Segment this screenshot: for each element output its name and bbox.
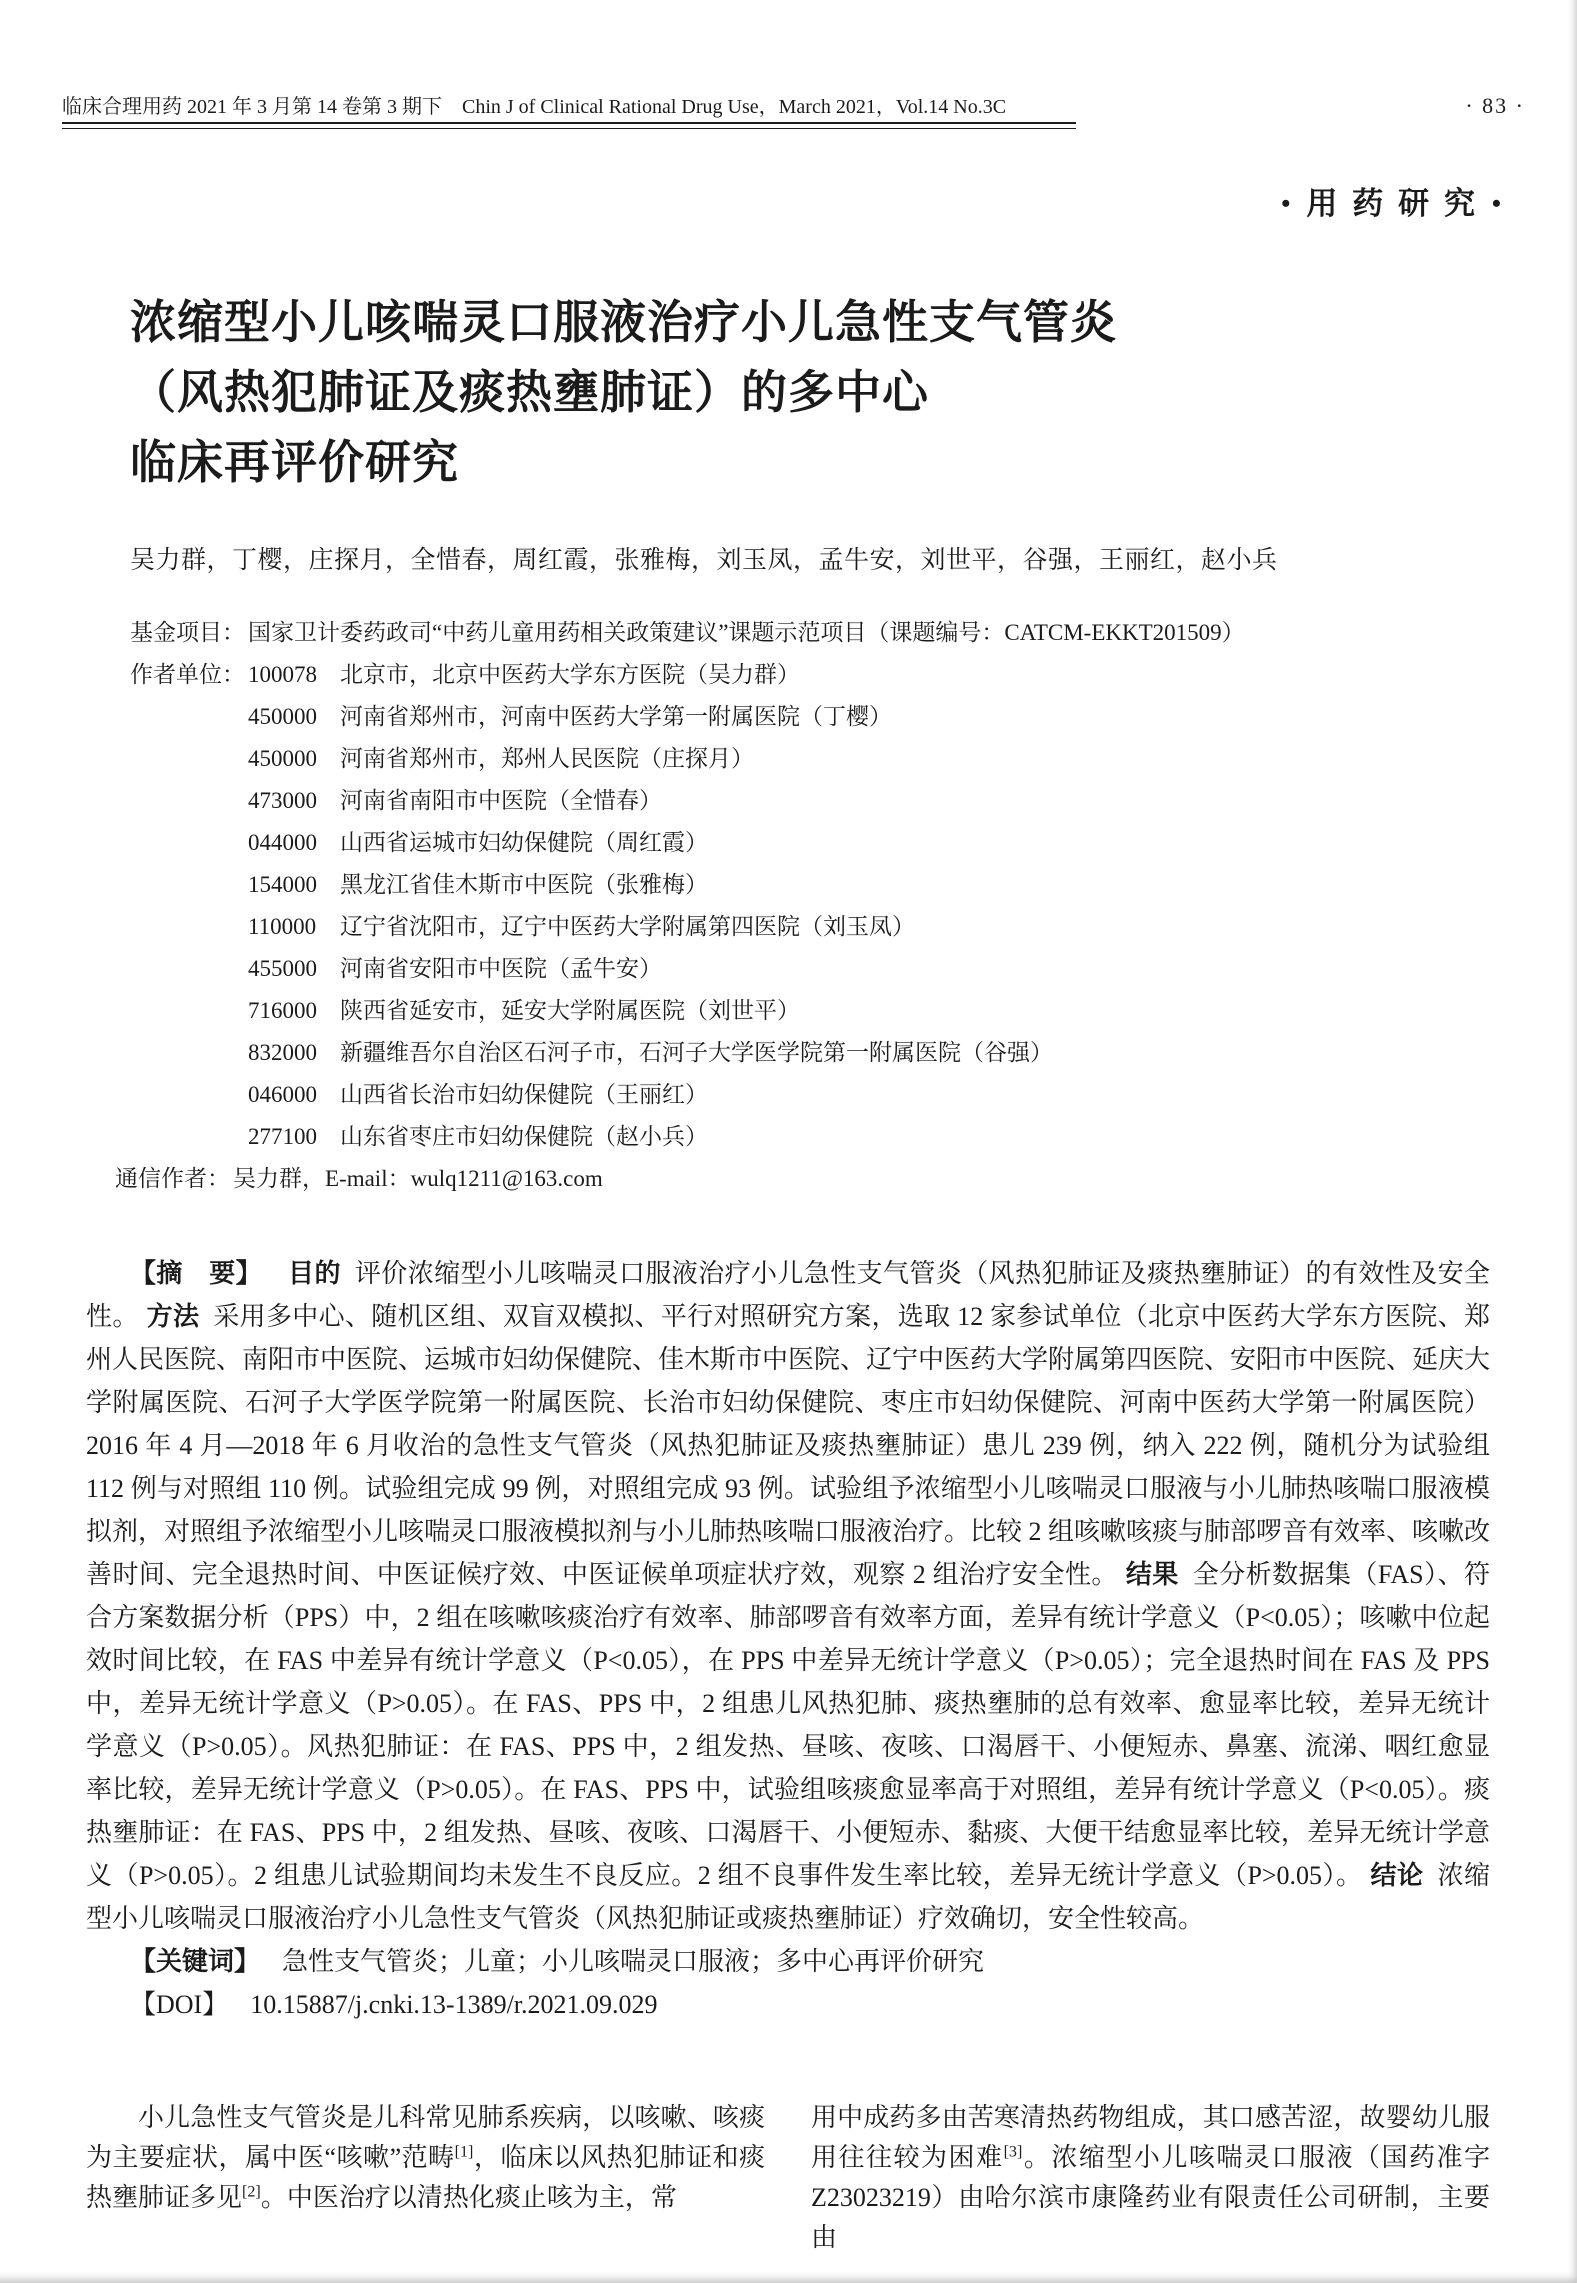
author-list: 吴力群，丁樱，庄探月，全惜春，周红霞，张雅梅，刘玉凤，孟牛安，刘世平，谷强，王丽…: [130, 540, 1487, 576]
running-head: 临床合理用药 2021 年 3 月第 14 卷第 3 期下 Chin J of …: [62, 90, 1525, 119]
page-number: · 83 ·: [1465, 93, 1525, 119]
abstract-block: 【摘 要】目的评价浓缩型小儿咳喘灵口服液治疗小儿急性支气管炎（风热犯肺证及痰热壅…: [86, 1252, 1490, 2026]
affiliation-row: 作者单位： 100078 北京市，北京中医药大学东方医院（吴力群）: [130, 654, 1489, 696]
bullet-icon: •: [1281, 189, 1290, 218]
body-paragraph: 用中成药多由苦寒清热药物组成，其口感苦涩，故婴幼儿服用往往较为困难[3]。浓缩型…: [811, 2098, 1490, 2258]
title-line: 临床再评价研究: [130, 428, 1457, 498]
keywords-line: 【关键词】急性支气管炎；儿童；小儿咳喘灵口服液；多中心再评价研究: [86, 1940, 1490, 1983]
postal-code: 473000: [248, 780, 340, 822]
abstract-text-methods: 采用多中心、随机区组、双盲双模拟、平行对照研究方案，选取 12 家参试单位（北京…: [86, 1302, 1490, 1589]
article-title: 浓缩型小儿咳喘灵口服液治疗小儿急性支气管炎 （风热犯肺证及痰热壅肺证）的多中心 …: [130, 288, 1457, 498]
abstract-heading-results: 结果: [1126, 1560, 1179, 1589]
affiliation-row: 716000 陕西省延安市，延安大学附属医院（刘世平）: [130, 990, 1489, 1032]
doi-label: 【DOI】: [130, 1990, 228, 2019]
affiliation-name: 辽宁省沈阳市，辽宁中医药大学附属第四医院（刘玉凤）: [340, 906, 915, 948]
affiliation-label: 作者单位：: [130, 654, 248, 696]
affiliation-name: 北京市，北京中医药大学东方医院（吴力群）: [340, 654, 800, 696]
reference-marker: [2]: [242, 2183, 261, 2200]
affiliation-row: 154000 黑龙江省佳木斯市中医院（张雅梅）: [130, 864, 1489, 906]
affiliation-row: 473000 河南省南阳市中医院（全惜春）: [130, 780, 1489, 822]
left-column: 小儿急性支气管炎是儿科常见肺系疾病，以咳嗽、咳痰为主要症状，属中医“咳嗽”范畴[…: [86, 2098, 765, 2258]
abstract-heading-methods: 方法: [147, 1302, 200, 1331]
postal-code: 044000: [248, 822, 340, 864]
body-text: 。中医治疗以清热化痰止咳为主，常: [261, 2183, 677, 2212]
postal-code: 450000: [248, 738, 340, 780]
affiliation-row: 110000 辽宁省沈阳市，辽宁中医药大学附属第四医院（刘玉凤）: [130, 906, 1489, 948]
abstract-heading-conclusion: 结论: [1371, 1861, 1424, 1890]
corresponding-author-row: 通信作者： 吴力群，E-mail：wulq1211@163.com: [115, 1158, 1489, 1200]
postal-code: 100078: [248, 654, 340, 696]
reference-marker: [1]: [455, 2143, 474, 2160]
body-paragraph: 小儿急性支气管炎是儿科常见肺系疾病，以咳嗽、咳痰为主要症状，属中医“咳嗽”范畴[…: [86, 2098, 765, 2218]
funding-label: 基金项目：: [130, 612, 248, 654]
keywords-text: 急性支气管炎；儿童；小儿咳喘灵口服液；多中心再评价研究: [282, 1947, 984, 1976]
body-columns: 小儿急性支气管炎是儿科常见肺系疾病，以咳嗽、咳痰为主要症状，属中医“咳嗽”范畴[…: [86, 2098, 1490, 2258]
affiliation-row: 046000 山西省长治市妇幼保健院（王丽红）: [130, 1074, 1489, 1116]
postal-code: 450000: [248, 696, 340, 738]
doi-line: 【DOI】10.15887/j.cnki.13-1389/r.2021.09.0…: [86, 1983, 1490, 2026]
funding-row: 基金项目： 国家卫计委药政司“中药儿童用药相关政策建议”课题示范项目（课题编号：…: [130, 612, 1489, 654]
affiliation-row: 455000 河南省安阳市中医院（孟牛安）: [130, 948, 1489, 990]
postal-code: 110000: [248, 906, 340, 948]
journal-info: 临床合理用药 2021 年 3 月第 14 卷第 3 期下 Chin J of …: [62, 90, 1006, 119]
doi-text: 10.15887/j.cnki.13-1389/r.2021.09.029: [250, 1990, 657, 2019]
keywords-label: 【关键词】: [130, 1947, 260, 1976]
affiliation-row: 450000 河南省郑州市，郑州人民医院（庄探月）: [130, 738, 1489, 780]
postal-code: 154000: [248, 864, 340, 906]
affiliation-name: 山东省枣庄市妇幼保健院（赵小兵）: [340, 1116, 708, 1158]
postal-code: 716000: [248, 990, 340, 1032]
postal-code: 455000: [248, 948, 340, 990]
affiliation-name: 新疆维吾尔自治区石河子市，石河子大学医学院第一附属医院（谷强）: [340, 1032, 1053, 1074]
bullet-icon: •: [1492, 189, 1501, 218]
affiliation-name: 陕西省延安市，延安大学附属医院（刘世平）: [340, 990, 800, 1032]
reference-marker: [3]: [1004, 2143, 1023, 2160]
postal-code: 832000: [248, 1032, 340, 1074]
affiliation-name: 河南省南阳市中医院（全惜春）: [340, 780, 662, 822]
affiliation-row: 450000 河南省郑州市，河南中医药大学第一附属医院（丁樱）: [130, 696, 1489, 738]
funding-text: 国家卫计委药政司“中药儿童用药相关政策建议”课题示范项目（课题编号：CATCM-…: [248, 612, 1245, 654]
article-meta: 基金项目： 国家卫计委药政司“中药儿童用药相关政策建议”课题示范项目（课题编号：…: [130, 612, 1489, 1200]
abstract-paragraph: 【摘 要】目的评价浓缩型小儿咳喘灵口服液治疗小儿急性支气管炎（风热犯肺证及痰热壅…: [86, 1252, 1490, 1940]
corresponding-label: 通信作者：: [115, 1158, 233, 1200]
abstract-heading-objective: 目的: [288, 1259, 341, 1288]
affiliation-row: 277100 山东省枣庄市妇幼保健院（赵小兵）: [130, 1116, 1489, 1158]
affiliation-name: 山西省长治市妇幼保健院（王丽红）: [340, 1074, 708, 1116]
affiliation-name: 河南省安阳市中医院（孟牛安）: [340, 948, 662, 990]
affiliation-row: 044000 山西省运城市妇幼保健院（周红霞）: [130, 822, 1489, 864]
affiliation-name: 黑龙江省佳木斯市中医院（张雅梅）: [340, 864, 708, 906]
affiliation-name: 河南省郑州市，河南中医药大学第一附属医院（丁樱）: [340, 696, 892, 738]
affiliation-name: 山西省运城市妇幼保健院（周红霞）: [340, 822, 708, 864]
abstract-text-results: 全分析数据集（FAS）、符合方案数据分析（PPS）中，2 组在咳嗽咳痰治疗有效率…: [86, 1560, 1490, 1890]
postal-code: 277100: [248, 1116, 340, 1158]
affiliation-name: 河南省郑州市，郑州人民医院（庄探月）: [340, 738, 754, 780]
section-label: •用药研究•: [1281, 178, 1501, 223]
right-column: 用中成药多由苦寒清热药物组成，其口感苦涩，故婴幼儿服用往往较为困难[3]。浓缩型…: [811, 2098, 1490, 2258]
title-line: 浓缩型小儿咳喘灵口服液治疗小儿急性支气管炎: [130, 288, 1457, 358]
abstract-label: 【摘 要】: [130, 1259, 262, 1288]
affiliation-row: 832000 新疆维吾尔自治区石河子市，石河子大学医学院第一附属医院（谷强）: [130, 1032, 1489, 1074]
postal-code: 046000: [248, 1074, 340, 1116]
header-rule: [62, 122, 1076, 129]
title-line: （风热犯肺证及痰热壅肺证）的多中心: [130, 358, 1457, 428]
journal-page: 临床合理用药 2021 年 3 月第 14 卷第 3 期下 Chin J of …: [0, 0, 1577, 2283]
corresponding-text: 吴力群，E-mail：wulq1211@163.com: [233, 1158, 603, 1200]
section-label-text: 用药研究: [1306, 186, 1490, 221]
